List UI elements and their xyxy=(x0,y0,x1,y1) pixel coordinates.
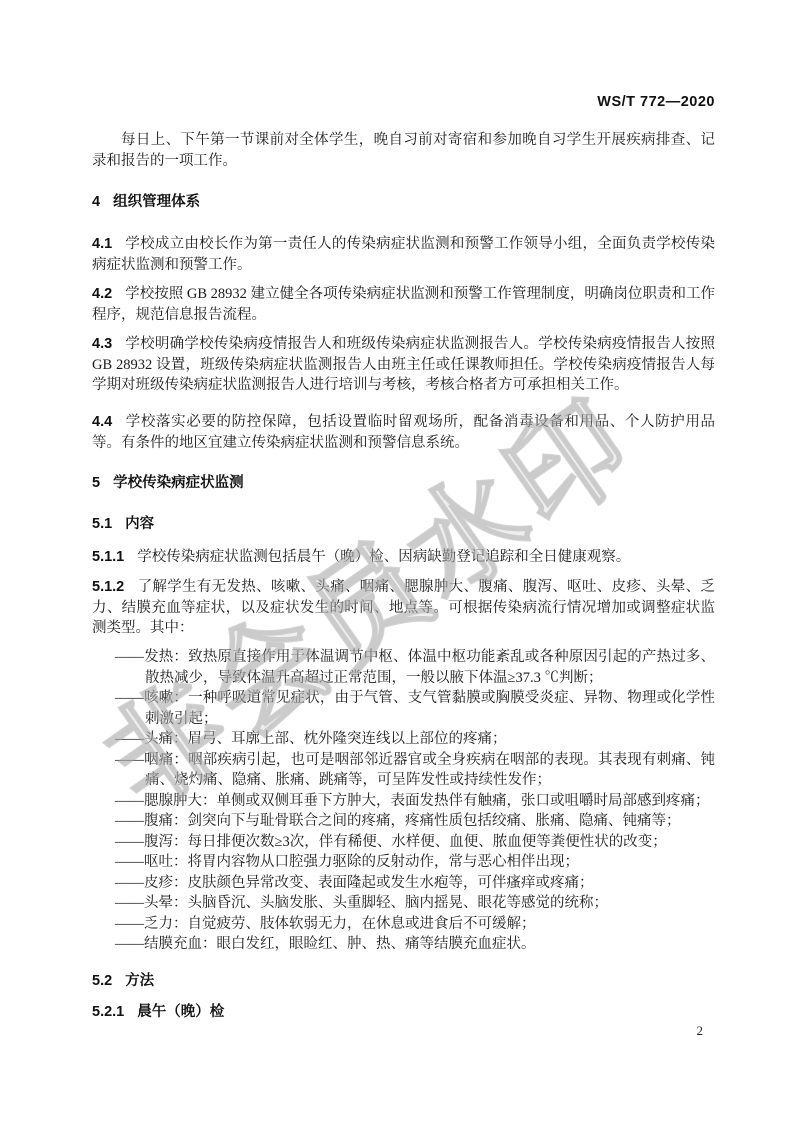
section-5-2-title: 方法 xyxy=(125,973,154,989)
intro-paragraph: 每日上、下午第一节课前对全体学生，晚自习前对寄宿和参加晚自习学生开展疾病排查、记… xyxy=(92,130,715,171)
clause-4-1: 4.1学校成立由校长作为第一责任人的传染病症状监测和预警工作领导小组，全面负责学… xyxy=(92,234,715,275)
section-5-2-1-number: 5.2.1 xyxy=(92,1004,124,1020)
symptom-item-conjunctival-congestion: ——结膜充血：眼白发红，眼睑红、肿、热、痛等结膜充血症状。 xyxy=(115,934,715,955)
symptom-item-vomiting: ——呕吐：将胃内容物从口腔强力驱除的反射动作，常与恶心相伴出现； xyxy=(115,852,715,873)
clause-4-3-number: 4.3 xyxy=(92,336,112,352)
clause-4-1-number: 4.1 xyxy=(92,236,112,252)
document-page: 非会员水印 WS/T 772—2020 每日上、下午第一节课前对全体学生，晚自习… xyxy=(0,0,793,1122)
clause-5-1-2: 5.1.2了解学生有无发热、咳嗽、头痛、咽痛、腮腺肿大、腹痛、腹泻、呕吐、皮疹、… xyxy=(92,577,715,639)
symptom-item-abdominal-pain: ——腹痛：剑突向下与耻骨联合之间的疼痛，疼痛性质包括绞痛、胀痛、隐痛、钝痛等； xyxy=(115,811,715,832)
section-5-2-1-heading: 5.2.1晨午（晚）检 xyxy=(92,1002,715,1023)
symptom-item-fever: ——发热：致热原直接作用于体温调节中枢、体温中枢功能紊乱或各种原因引起的产热过多… xyxy=(115,647,715,688)
section-5-2-heading: 5.2方法 xyxy=(92,971,715,992)
section-5-number: 5 xyxy=(92,475,100,491)
clause-4-4-number: 4.4 xyxy=(92,414,112,430)
section-5-1-title: 内容 xyxy=(125,516,154,532)
section-5-title: 学校传染病症状监测 xyxy=(113,475,244,491)
clause-4-2-number: 4.2 xyxy=(92,286,112,302)
symptom-item-cough: ——咳嗽：一种呼吸道常见症状，由于气管、支气管黏膜或胸膜受炎症、异物、物理或化学… xyxy=(115,688,715,729)
clause-5-1-2-text: 了解学生有无发热、咳嗽、头痛、咽痛、腮腺肿大、腹痛、腹泻、呕吐、皮疹、头晕、乏力… xyxy=(92,579,715,636)
clause-4-2: 4.2学校按照 GB 28932 建立健全各项传染病症状监测和预警工作管理制度，… xyxy=(92,284,715,325)
section-5-1-number: 5.1 xyxy=(92,516,112,532)
standard-number-header: WS/T 772—2020 xyxy=(92,92,715,113)
symptom-item-diarrhea: ——腹泻：每日排便次数≥3次，伴有稀便、水样便、血便、脓血便等粪便性状的改变； xyxy=(115,832,715,853)
section-5-heading: 5学校传染病症状监测 xyxy=(92,473,715,494)
clause-4-3-text: 学校明确学校传染病疫情报告人和班级传染病症状监测报告人。学校传染病疫情报告人按照… xyxy=(92,336,715,393)
symptom-item-rash: ——皮疹：皮肤颜色异常改变、表面隆起或发生水疱等，可伴瘙痒或疼痛； xyxy=(115,873,715,894)
section-5-1-heading: 5.1内容 xyxy=(92,514,715,535)
clause-4-1-text: 学校成立由校长作为第一责任人的传染病症状监测和预警工作领导小组，全面负责学校传染… xyxy=(92,236,715,273)
clause-5-1-2-number: 5.1.2 xyxy=(92,579,124,595)
section-5-2-number: 5.2 xyxy=(92,973,112,989)
symptom-item-fatigue: ——乏力：自觉疲劳、肢体软弱无力，在休息或进食后不可缓解； xyxy=(115,914,715,935)
symptom-item-dizziness: ——头晕：头脑昏沉、头脑发胀、头重脚轻、脑内摇晃、眼花等感觉的统称； xyxy=(115,893,715,914)
symptom-item-sore-throat: ——咽痛：咽部疾病引起，也可是咽部邻近器官或全身疾病在咽部的表现。其表现有刺痛、… xyxy=(115,750,715,791)
clause-5-1-1-text: 学校传染病症状监测包括晨午（晚）检、因病缺勤登记追踪和全日健康观察。 xyxy=(137,549,630,565)
section-4-number: 4 xyxy=(92,194,100,210)
symptom-definition-list: ——发热：致热原直接作用于体温调节中枢、体温中枢功能紊乱或各种原因引起的产热过多… xyxy=(92,647,715,955)
symptom-item-parotid-swelling: ——腮腺肿大：单侧或双侧耳垂下方肿大，表面发热伴有触痛，张口或咀嚼时局部感到疼痛… xyxy=(115,791,715,812)
page-number: 2 xyxy=(92,1021,715,1042)
section-5-2-1-title: 晨午（晚）检 xyxy=(137,1004,224,1020)
clause-4-3: 4.3学校明确学校传染病疫情报告人和班级传染病症状监测报告人。学校传染病疫情报告… xyxy=(92,334,715,396)
symptom-item-headache: ——头痛：眉弓、耳廓上部、枕外隆突连线以上部位的疼痛； xyxy=(115,729,715,750)
clause-4-2-text: 学校按照 GB 28932 建立健全各项传染病症状监测和预警工作管理制度，明确岗… xyxy=(92,286,715,323)
clause-4-4: 4.4学校落实必要的防控保障，包括设置临时留观场所，配备消毒设备和用品、个人防护… xyxy=(92,412,715,453)
clause-4-4-text: 学校落实必要的防控保障，包括设置临时留观场所，配备消毒设备和用品、个人防护用品等… xyxy=(92,414,715,451)
clause-5-1-1: 5.1.1学校传染病症状监测包括晨午（晚）检、因病缺勤登记追踪和全日健康观察。 xyxy=(92,547,715,568)
section-4-heading: 4组织管理体系 xyxy=(92,192,715,213)
clause-5-1-1-number: 5.1.1 xyxy=(92,549,124,565)
section-4-title: 组织管理体系 xyxy=(113,194,200,210)
